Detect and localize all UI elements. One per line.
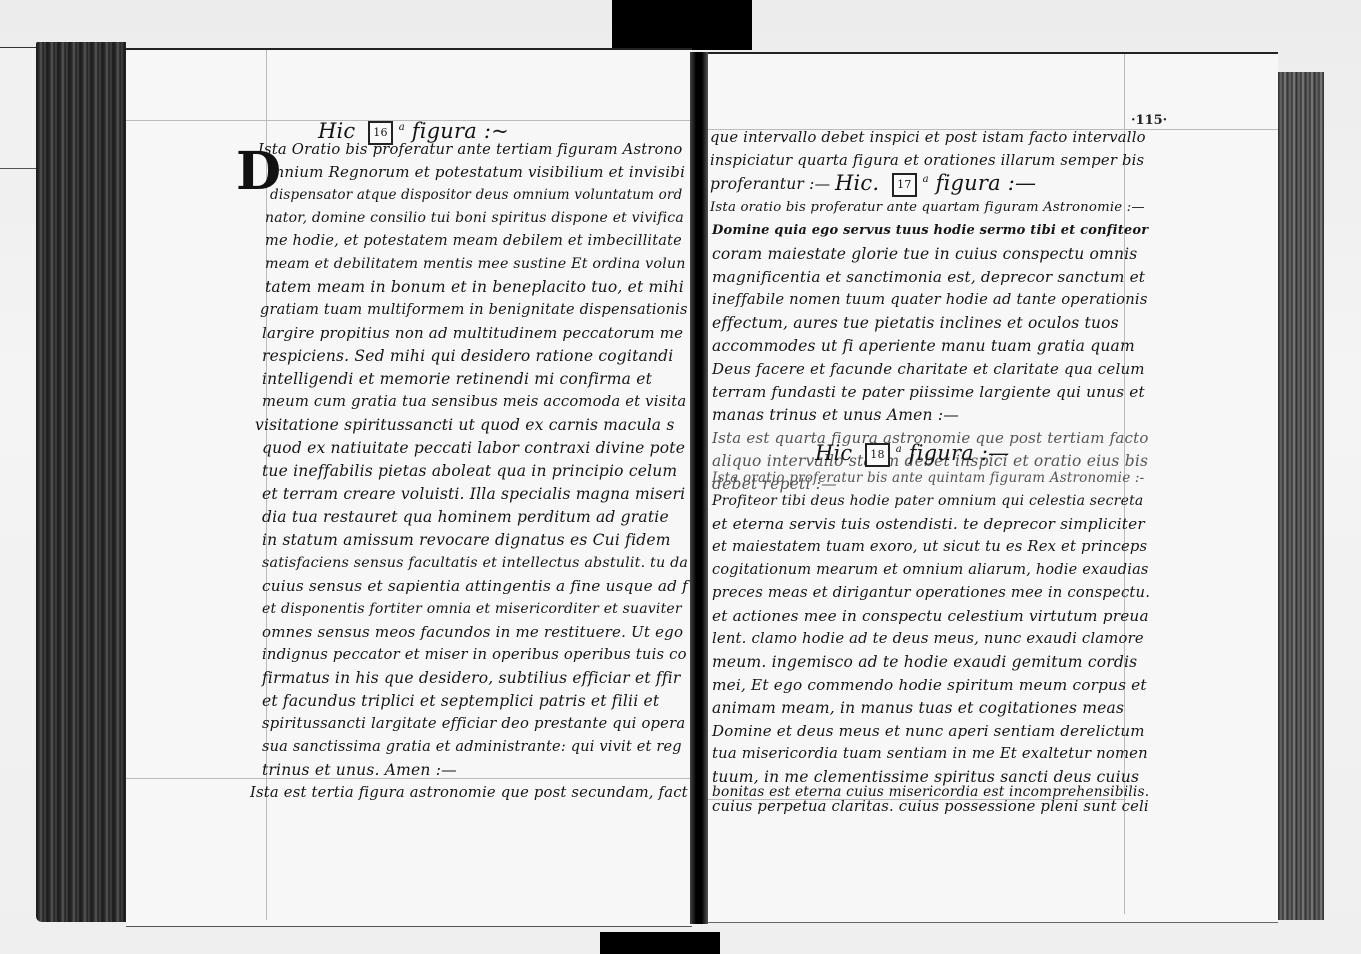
text-line: animam meam, in manus tuas et cogitation… bbox=[712, 698, 1124, 718]
left-page-stack-edges bbox=[36, 42, 126, 922]
heading-figure-18: Hic 18a figura :— bbox=[815, 440, 1009, 467]
figure-number-box: 17 bbox=[892, 173, 916, 197]
text-line: satisfaciens sensus facultatis et intell… bbox=[262, 553, 688, 573]
ordinal-suffix: a bbox=[896, 444, 902, 455]
text-line: cogitationum mearum et omnium aliarum, h… bbox=[712, 560, 1149, 580]
text-line: lent. clamo hodie ad te deus meus, nunc … bbox=[712, 629, 1144, 649]
text-line: accommodes ut fi aperiente manu tuam gra… bbox=[712, 336, 1135, 356]
heading-prefix: Hic. bbox=[835, 171, 879, 195]
text-line: cuius perpetua claritas. cuius possessio… bbox=[712, 797, 1149, 817]
text-line: largire propitius non ad multitudinem pe… bbox=[262, 323, 683, 343]
gutter-top-shadow bbox=[612, 0, 752, 50]
text-line: visitatione spiritussancti ut quod ex ca… bbox=[255, 415, 675, 435]
text-line: et eterna servis tuis ostendisti. te dep… bbox=[712, 514, 1145, 534]
figure-number-box: 18 bbox=[865, 443, 889, 467]
text-line: Domine et deus meus et nunc aperi sentia… bbox=[712, 721, 1145, 741]
text-line: et facundus triplici et septemplici patr… bbox=[262, 691, 659, 711]
previous-sheet-edge bbox=[0, 47, 36, 169]
text-line: tue ineffabilis pietas aboleat qua in pr… bbox=[262, 461, 677, 481]
book-gutter bbox=[690, 52, 708, 924]
text-line: terram fundasti te pater piissime largie… bbox=[712, 382, 1145, 402]
text-line: intelligendi et memorie retinendi mi con… bbox=[262, 369, 652, 389]
heading-figure-17: Hic. 17a figura :— bbox=[835, 170, 1036, 197]
text-line: et maiestatem tuam exoro, ut sicut tu es… bbox=[712, 537, 1147, 557]
folio-number: ·115· bbox=[1131, 113, 1167, 128]
text-line: nator, domine consilio tui boni spiritus… bbox=[265, 208, 684, 228]
right-page-stack-edges bbox=[1278, 72, 1324, 920]
text-line: Ista oratio bis proferatur ante quartam … bbox=[710, 198, 1145, 218]
text-line: et actiones mee in conspectu celestium v… bbox=[712, 606, 1149, 626]
text-line: meam et debilitatem mentis mee sustine E… bbox=[265, 254, 686, 274]
text-line: meum cum gratia tua sensibus meis accomo… bbox=[262, 392, 686, 412]
text-line: dispensator atque dispositor deus omnium… bbox=[270, 185, 682, 205]
text-line: Profiteor tibi deus hodie pater omnium q… bbox=[712, 491, 1143, 511]
text-line: gratiam tuam multiformem in benignitate … bbox=[260, 300, 688, 320]
ordinal-suffix: a bbox=[923, 174, 929, 185]
heading-label: figura :— bbox=[936, 171, 1037, 195]
text-line: quod ex natiuitate peccati labor contrax… bbox=[262, 438, 685, 458]
text-line: que intervallo debet inspici et post ist… bbox=[710, 128, 1146, 148]
text-line: Ista Oratio bis proferatur ante tertiam … bbox=[258, 140, 683, 160]
text-line: mnium Regnorum et potestatum visibilium … bbox=[270, 162, 685, 182]
ordinal-suffix: a bbox=[399, 122, 405, 133]
text-line: Ista est tertia figura astronomie que po… bbox=[250, 783, 688, 803]
text-line: effectum, aures tue pietatis inclines et… bbox=[712, 313, 1119, 333]
text-line: manas trinus et unus Amen :— bbox=[712, 405, 959, 425]
text-line: ineffabile nomen tuum quater hodie ad ta… bbox=[712, 290, 1148, 310]
text-line: proferantur :— bbox=[710, 174, 830, 194]
text-line: Ista oratio proferatur bis ante quintam … bbox=[712, 468, 1144, 488]
text-line: trinus et unus. Amen :— bbox=[262, 760, 457, 780]
text-line: mei, Et ego commendo hodie spiritum meum… bbox=[712, 675, 1147, 695]
text-line: tatem meam in bonum et in beneplacito tu… bbox=[265, 277, 684, 297]
text-line: in statum amissum revocare dignatus es C… bbox=[262, 530, 671, 550]
text-line: omnes sensus meos facundos in me restitu… bbox=[262, 622, 683, 642]
text-line: meum. ingemisco ad te hodie exaudi gemit… bbox=[712, 652, 1137, 672]
text-line: et terram creare voluisti. Illa speciali… bbox=[262, 484, 685, 504]
text-line: dia tua restauret qua hominem perditum a… bbox=[262, 507, 669, 527]
text-line: indignus peccator et miser in operibus o… bbox=[262, 645, 687, 665]
text-line: et disponentis fortiter omnia et miseric… bbox=[262, 599, 682, 619]
text-line: spiritussancti largitate efficiar deo pr… bbox=[262, 714, 685, 734]
heading-label: figura :— bbox=[909, 441, 1010, 465]
text-line: respiciens. Sed mihi qui desidero ration… bbox=[262, 346, 673, 366]
text-line: tua misericordia tuam sentiam in me Et e… bbox=[712, 744, 1148, 764]
text-line: coram maiestate glorie tue in cuius cons… bbox=[712, 244, 1137, 264]
heading-prefix: Hic bbox=[815, 441, 852, 465]
text-line: magnificentia et sanctimonia est, deprec… bbox=[712, 267, 1145, 287]
text-line: cuius sensus et sapientia attingentis a … bbox=[262, 576, 688, 596]
text-line: me hodie, et potestatem meam debilem et … bbox=[265, 231, 682, 251]
text-line: inspiciatur quarta figura et orationes i… bbox=[710, 151, 1144, 171]
text-line: preces meas et dirigantur operationes me… bbox=[712, 583, 1150, 603]
text-line: sua sanctissima gratia et administrante:… bbox=[262, 737, 682, 757]
text-line: firmatus in his que desidero, subtilius … bbox=[262, 668, 681, 688]
text-line: Domine quia ego servus tuus hodie sermo … bbox=[712, 221, 1148, 241]
text-line: Deus facere et facunde charitate et clar… bbox=[712, 359, 1145, 379]
gutter-bottom-shadow bbox=[600, 932, 720, 954]
